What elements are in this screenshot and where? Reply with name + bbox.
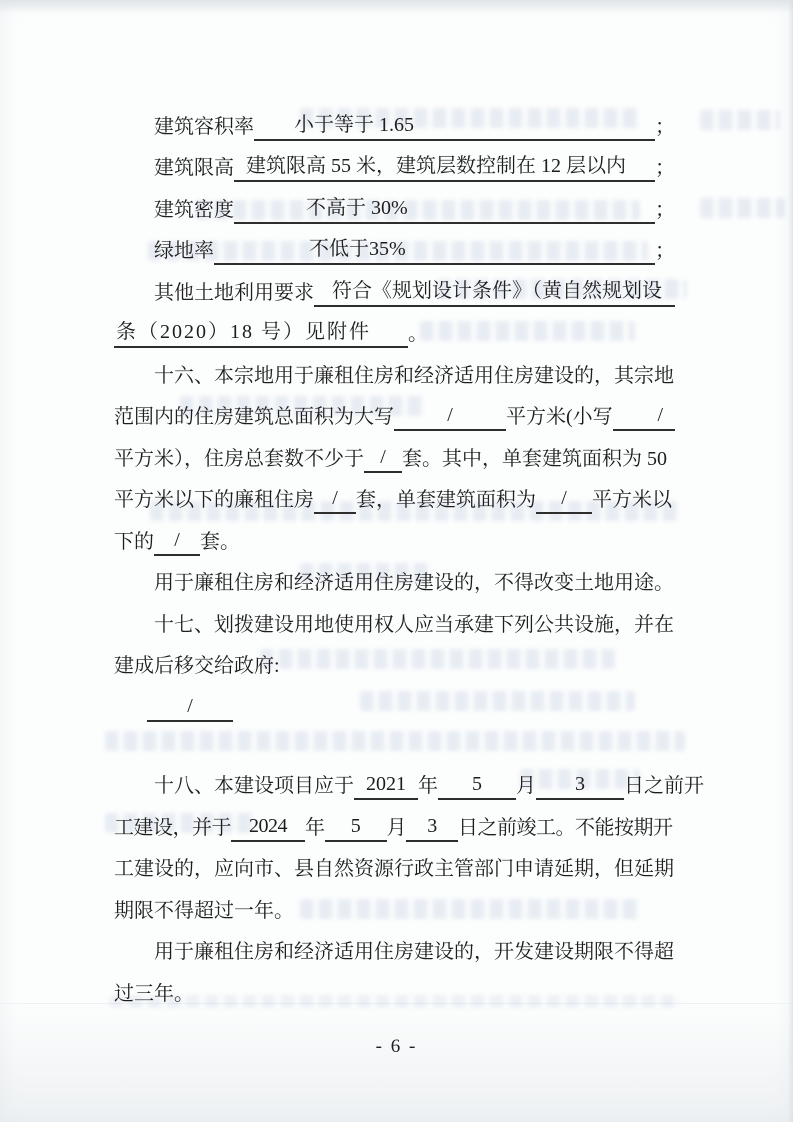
fill-in-value: 符合《规划设计条件》（黄自然规划设	[314, 278, 675, 307]
punctuation: ；	[655, 197, 675, 224]
body-text: 月	[516, 773, 536, 800]
clause-17-line-1: 十七、划拨建设用地使用权人应当承建下列公共设施，并在	[114, 597, 675, 639]
field-label: 绿地率	[154, 238, 214, 265]
body-text: 平方米以	[592, 487, 672, 514]
body-text: 下的	[114, 529, 154, 556]
fill-in-day: 3	[536, 771, 624, 800]
clause-18-line-3: 工建设的，应向市、县自然资源行政主管部门申请延期，但延期	[114, 842, 675, 884]
scan-edge-artifact-bottom	[0, 1003, 793, 1122]
blank-slash-line: /	[114, 680, 675, 722]
body-text: 十八、本建设项目应于	[154, 773, 354, 800]
clause-18-line-4: 期限不得超过一年。	[114, 883, 675, 925]
body-text: 套，单套建筑面积为	[356, 487, 536, 514]
body-text: 十七、划拨建设用地使用权人应当承建下列公共设施，并在	[154, 612, 674, 639]
fill-in-value: 建筑限高 55 米，建筑层数控制在 12 层以内	[234, 153, 655, 182]
fill-in-value: /	[613, 402, 675, 431]
clause-16-line-1: 十六、本宗地用于廉租住房和经济适用住房建设的，其宗地	[114, 348, 675, 390]
scanned-document-page: 建筑容积率 小于等于 1.65 ； 建筑限高 建筑限高 55 米，建筑层数控制在…	[0, 0, 793, 1122]
scan-edge-artifact-top	[0, 0, 793, 13]
clause-16-line-2: 范围内的住房建筑总面积为大写 / 平方米(小写 /	[114, 390, 675, 432]
field-plot-ratio-line: 建筑容积率 小于等于 1.65 ；	[114, 99, 675, 141]
body-text: 年	[305, 815, 325, 842]
field-green-ratio-line: 绿地率 不低于35% ；	[114, 224, 675, 266]
clause-18-line-1: 十八、本建设项目应于 2021 年 5 月 3 日之前开	[114, 759, 675, 801]
punctuation: ；	[655, 114, 675, 141]
fill-in-value: 不高于 30%	[234, 195, 655, 224]
clause-17-line-2: 建成后移交给政府:	[114, 639, 675, 681]
fill-in-value: 条（2020）18 号）见附件	[114, 319, 408, 348]
punctuation: 。	[408, 321, 428, 348]
field-building-height-line: 建筑限高 建筑限高 55 米，建筑层数控制在 12 层以内 ；	[114, 141, 675, 183]
bleedthrough-artifact	[700, 110, 780, 130]
body-text: 日之前开	[624, 773, 704, 800]
body-text: 套。	[200, 529, 240, 556]
fill-in-day: 3	[406, 813, 458, 842]
scan-edge-artifact-right	[788, 0, 793, 1122]
clause-16-line-3: 平方米），住房总套数不少于 / 套。其中，单套建筑面积为 50	[114, 431, 675, 473]
body-text: 建成后移交给政府:	[114, 653, 280, 680]
body-text: 过三年。	[114, 981, 194, 1008]
fill-in-month: 5	[325, 813, 387, 842]
fill-in-value: /	[154, 527, 200, 556]
fill-in-value: /	[314, 485, 356, 514]
punctuation: ；	[655, 238, 675, 265]
clause-18-line-2: 工建设，并于 2024 年 5 月 3 日之前竣工。不能按期开	[114, 800, 675, 842]
punctuation: ；	[655, 155, 675, 182]
fill-in-month: 5	[438, 771, 516, 800]
fill-in-value: /	[147, 693, 233, 722]
fill-in-value: /	[364, 444, 402, 473]
closing-paragraph-line-1: 用于廉租住房和经济适用住房建设的，开发建设期限不得超	[114, 925, 675, 967]
fill-in-value: /	[536, 485, 592, 514]
body-text: 工建设的，应向市、县自然资源行政主管部门申请延期，但延期	[114, 856, 674, 883]
field-label: 其他土地利用要求	[154, 280, 314, 307]
closing-paragraph-line-2: 过三年。	[114, 966, 675, 1008]
body-text: 用于廉租住房和经济适用住房建设的，开发建设期限不得超	[154, 939, 674, 966]
clause-16-note-line: 用于廉租住房和经济适用住房建设的，不得改变土地用途。	[114, 556, 675, 598]
body-text: 用于廉租住房和经济适用住房建设的，不得改变土地用途。	[154, 570, 674, 597]
body-text: 工建设，并于	[114, 815, 231, 842]
field-building-density-line: 建筑密度 不高于 30% ；	[114, 182, 675, 224]
field-label: 建筑密度	[154, 197, 234, 224]
fill-in-year: 2021	[354, 771, 418, 800]
body-text: 日之前竣工。不能按期开	[458, 815, 673, 842]
clause-16-line-4: 平方米以下的廉租住房 / 套，单套建筑面积为 / 平方米以	[114, 473, 675, 515]
field-label: 建筑容积率	[154, 114, 254, 141]
body-text: 十六、本宗地用于廉租住房和经济适用住房建设的，其宗地	[154, 363, 674, 390]
body-text: 平方米以下的廉租住房	[114, 487, 314, 514]
body-text: 月	[387, 815, 407, 842]
fill-in-value: 不低于35%	[214, 236, 655, 265]
fill-in-value: 小于等于 1.65	[254, 112, 655, 141]
bleedthrough-artifact	[700, 198, 785, 218]
body-text: 平方米(小写	[506, 404, 613, 431]
fill-in-year: 2024	[231, 813, 305, 842]
page-number: - 6 -	[0, 1036, 793, 1058]
body-text: 年	[418, 773, 438, 800]
body-text: 平方米），住房总套数不少于	[114, 446, 364, 473]
field-label: 建筑限高	[154, 155, 234, 182]
field-other-land-use-line-1: 其他土地利用要求 符合《规划设计条件》（黄自然规划设	[114, 265, 675, 307]
body-text: 期限不得超过一年。	[114, 898, 294, 925]
clause-16-line-5: 下的 / 套。	[114, 514, 675, 556]
fill-in-value: /	[394, 402, 506, 431]
body-text: 套。其中，单套建筑面积为 50	[402, 446, 667, 473]
contract-body: 建筑容积率 小于等于 1.65 ； 建筑限高 建筑限高 55 米，建筑层数控制在…	[114, 99, 675, 1008]
body-text: 范围内的住房建筑总面积为大写	[114, 404, 394, 431]
field-other-land-use-line-2: 条（2020）18 号）见附件 。	[114, 307, 675, 349]
